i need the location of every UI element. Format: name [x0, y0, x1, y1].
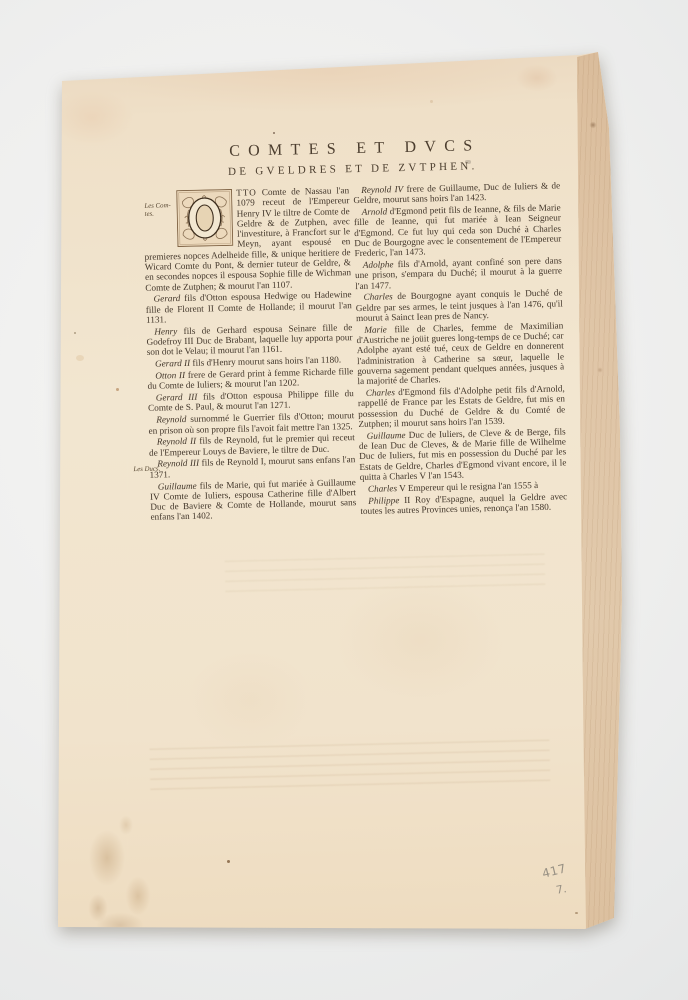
printed-page-content: COMTES ET DVCS DE GVELDRES ET DE ZVTPHEN… — [142, 135, 567, 522]
pencil-annotation-417: 417 — [541, 861, 568, 880]
paragraph: Charles d'Egmond fils d'Adolphe petit fi… — [358, 384, 566, 430]
initial-letter: O — [177, 247, 178, 248]
right-column: Reynold IV frere de Guillaume, Duc de Iu… — [353, 180, 567, 517]
pencil-annotation-7: 7. — [555, 882, 568, 897]
paragraph: Henry fils de Gerhard espousa Seinare fi… — [146, 322, 353, 358]
decorative-initial: O — [176, 189, 233, 247]
paragraph: Philippe II Roy d'Espagne, auquel la Gel… — [360, 491, 567, 516]
paragraph: Otton II frere de Gerard print à femme R… — [147, 366, 353, 391]
paragraph: Adolphe fils d'Arnold, ayant confiné son… — [355, 255, 563, 291]
foxing-spot — [430, 100, 433, 103]
page-title: COMTES ET DVCS — [142, 135, 559, 162]
foxing-spot — [273, 132, 275, 134]
paper-sheet-wrap: COMTES ET DVCS DE GVELDRES ET DE ZVTPHEN… — [0, 0, 688, 1000]
paper-sheet: COMTES ET DVCS DE GVELDRES ET DE ZVTPHEN… — [0, 0, 688, 1000]
paragraph: Charles de Bourgogne ayant conquis le Du… — [355, 288, 563, 324]
foxing-spot — [116, 388, 119, 391]
paragraph: Reynold II fils de Reynold, fut le premi… — [149, 432, 355, 457]
paragraph: Guillaume Duc de Iuliers, de Cleve & de … — [359, 426, 567, 482]
left-column: O TTO Comte de Nassau l'an 1079 receut d… — [143, 185, 356, 522]
paragraph: Marie fille de Charles, femme de Maximil… — [356, 320, 564, 386]
paragraph: Reynold surnommé le Guerrier fils d'Otto… — [148, 410, 354, 435]
photo-background: COMTES ET DVCS DE GVELDRES ET DE ZVTPHEN… — [0, 0, 688, 1000]
paragraph: Gerard III fils d'Otton espousa Philippe… — [148, 388, 354, 413]
woodcut-initial-ornament — [176, 189, 233, 247]
foxing-spot — [76, 355, 84, 361]
show-through-text — [150, 739, 551, 796]
paragraph: Gerard fils d'Otton espousa Hedwige ou H… — [145, 290, 352, 326]
text-columns: O TTO Comte de Nassau l'an 1079 receut d… — [143, 180, 567, 522]
paragraph: Reynold III fils de Reynold I, mourut sa… — [149, 455, 355, 480]
foxing-spot — [227, 860, 230, 863]
foxing-spot — [74, 332, 76, 334]
paragraph: Guillaume fils de Marie, qui fut mariée … — [150, 477, 357, 523]
foxing-spot — [575, 912, 578, 914]
show-through-text — [225, 553, 546, 592]
paragraph: Reynold IV frere de Guillaume, Duc de Iu… — [353, 180, 560, 205]
margin-note-les-comtes: Les Com- tes. — [144, 202, 174, 218]
page-subtitle: DE GVELDRES ET DE ZVTPHEN. — [143, 158, 560, 179]
paragraph: Arnold d'Egmond petit fils de Ieanne, & … — [354, 203, 562, 259]
margin-note-les-ducs: Les Ducs. — [133, 465, 163, 473]
